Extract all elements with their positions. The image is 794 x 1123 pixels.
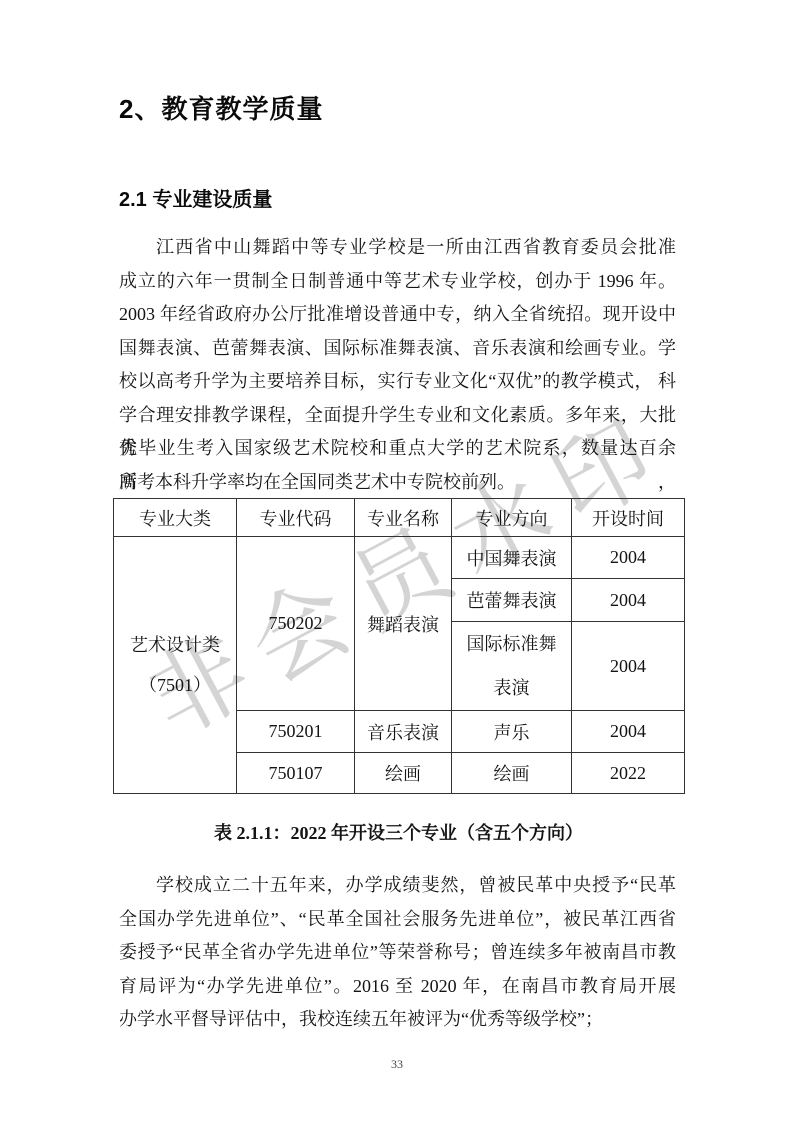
- paragraph-line: 成立的六年一贯制全日制普通中等艺术专业学校，创办于 1996 年。: [119, 265, 676, 299]
- cell-year: 2004: [572, 579, 685, 622]
- cell-year: 2004: [572, 537, 685, 579]
- paragraph-line: 2003 年经省政府办公厅批准增设普通中专，纳入全省统招。现开设中: [119, 298, 676, 332]
- achievements-paragraph: 学校成立二十五年来，办学成绩斐然，曾被民革中央授予“民革 全国办学先进单位”、“…: [119, 869, 676, 1037]
- majors-table: 专业大类 专业代码 专业名称 专业方向 开设时间 艺术设计类 （7501） 75…: [113, 498, 685, 794]
- cell-major-name: 绘画: [355, 753, 452, 794]
- paragraph-line: 校以高考升学为主要培养目标，实行专业文化“双优”的教学模式， 科: [119, 365, 676, 399]
- cell-direction: 声乐: [452, 711, 572, 753]
- cell-direction: 绘画: [452, 753, 572, 794]
- paragraph-line: 学校成立二十五年来，办学成绩斐然，曾被民革中央授予“民革: [119, 869, 676, 903]
- cell-major-code: 750107: [237, 753, 355, 794]
- paragraph-line: 秀毕业生考入国家级艺术院校和重点大学的艺术院系，数量达百余所，: [119, 432, 676, 466]
- paragraph-line: 育局评为“办学先进单位”。2016 至 2020 年，在南昌市教育局开展: [119, 970, 676, 1004]
- cell-major-category: 艺术设计类 （7501）: [114, 537, 237, 794]
- paragraph-line: 委授予“民革全省办学先进单位”等荣誉称号；曾连续多年被南昌市教: [119, 936, 676, 970]
- cell-direction: 芭蕾舞表演: [452, 579, 572, 622]
- document-page: 非会员水印 2、教育教学质量 2.1 专业建设质量 江西省中山舞蹈中等专业学校是…: [0, 0, 794, 1123]
- col-header-major-category: 专业大类: [114, 499, 237, 537]
- subsection-heading: 2.1 专业建设质量: [119, 186, 719, 214]
- col-header-major-direction: 专业方向: [452, 499, 572, 537]
- paragraph-line: 办学水平督导评估中，我校连续五年被评为“优秀等级学校”；: [119, 1003, 676, 1037]
- cell-year: 2004: [572, 622, 685, 711]
- col-header-major-name: 专业名称: [355, 499, 452, 537]
- paragraph-line: 江西省中山舞蹈中等专业学校是一所由江西省教育委员会批准: [119, 231, 676, 265]
- intro-paragraph: 江西省中山舞蹈中等专业学校是一所由江西省教育委员会批准 成立的六年一贯制全日制普…: [119, 231, 676, 499]
- table-header-row: 专业大类 专业代码 专业名称 专业方向 开设时间: [114, 499, 685, 537]
- cell-major-name: 舞蹈表演: [355, 537, 452, 711]
- cell-major-code: 750202: [237, 537, 355, 711]
- col-header-start-year: 开设时间: [572, 499, 685, 537]
- cell-direction: 国际标准舞 表演: [452, 622, 572, 711]
- col-header-major-code: 专业代码: [237, 499, 355, 537]
- cell-major-code: 750201: [237, 711, 355, 753]
- paragraph-line: 国舞表演、芭蕾舞表演、国际标准舞表演、音乐表演和绘画专业。学: [119, 332, 676, 366]
- section-heading: 2、教育教学质量: [119, 92, 719, 126]
- cell-major-name: 音乐表演: [355, 711, 452, 753]
- page-number: 33: [0, 1056, 794, 1072]
- cell-year: 2004: [572, 711, 685, 753]
- paragraph-line: 学合理安排教学课程，全面提升学生专业和文化素质。多年来，大批优: [119, 399, 676, 433]
- paragraph-line: 全国办学先进单位”、“民革全国社会服务先进单位”，被民革江西省: [119, 903, 676, 937]
- table-row: 艺术设计类 （7501） 750202 舞蹈表演 中国舞表演 2004: [114, 537, 685, 579]
- cell-year: 2022: [572, 753, 685, 794]
- table-caption: 表 2.1.1：2022 年开设三个专业（含五个方向）: [113, 816, 684, 850]
- cell-direction: 中国舞表演: [452, 537, 572, 579]
